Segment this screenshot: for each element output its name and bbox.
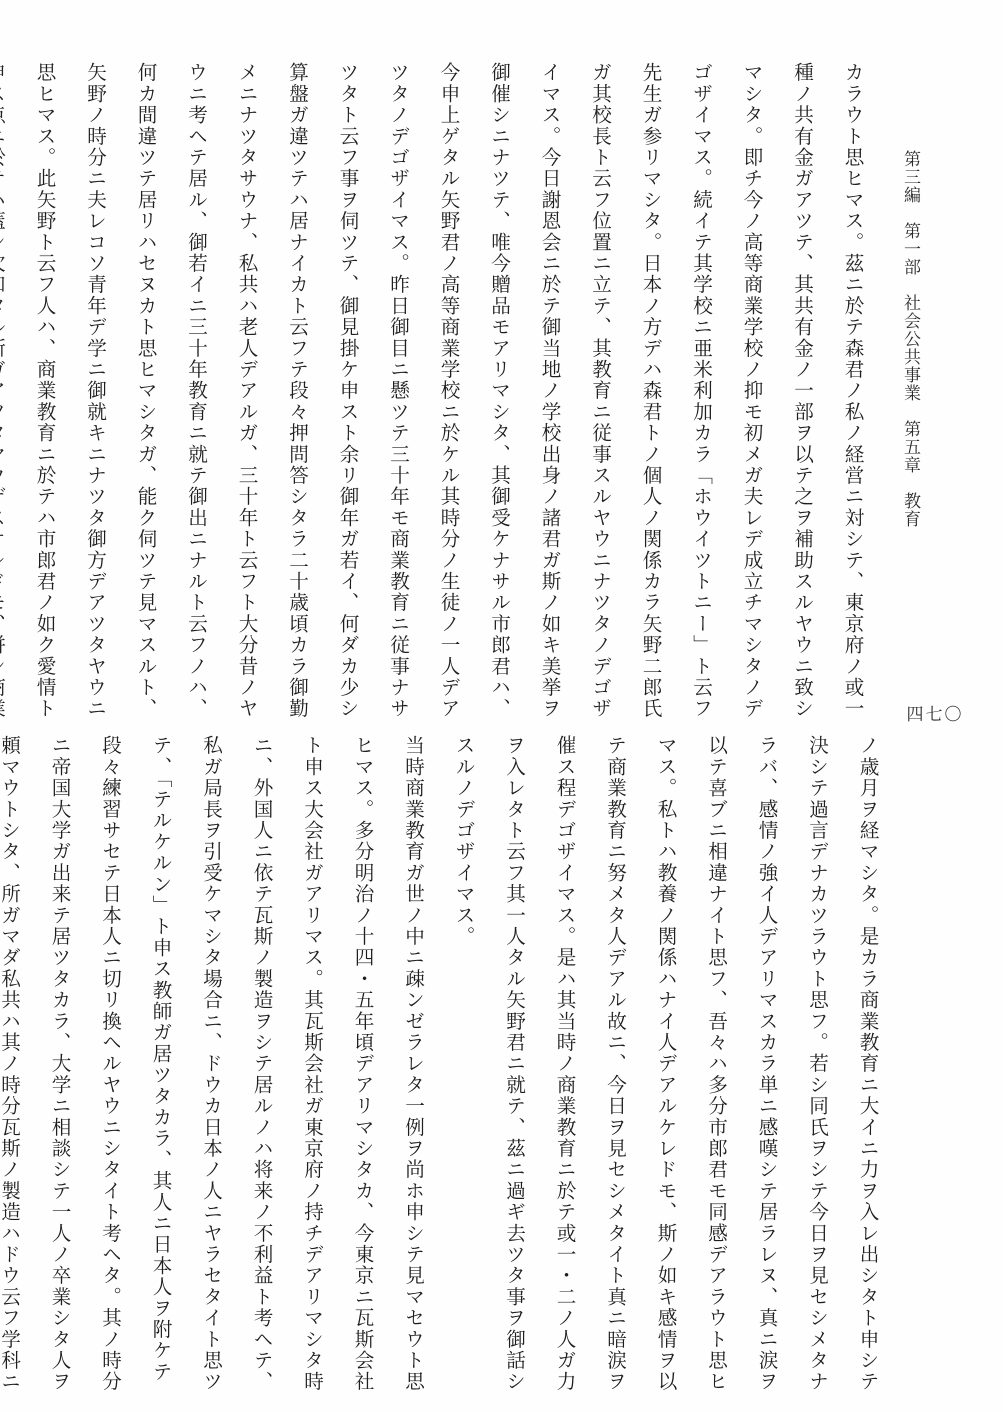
text-column: 私ガ局長ヲ引受ケマシタ場合ニ、ドウカ日本ノ人ニヤラセタイト思ツ bbox=[185, 735, 236, 1355]
text-column: ラバ、感情ノ強イ人デアリマスカラ単ニ感嘆シテ居ラレヌ、真ニ涙ヲ bbox=[741, 735, 792, 1355]
text-column: ツタノデゴザイマス。昨日御目ニ懸ツテ三十年モ商業教育ニ従事ナサ bbox=[372, 62, 423, 662]
header-chapter: 第五章 bbox=[900, 420, 920, 474]
text-column: 頼マウトシタ、所ガマダ私共ハ其ノ時分瓦斯ノ製造ハドウ云フ学科ニ bbox=[0, 735, 34, 1355]
header-part: 第三編 bbox=[900, 150, 920, 204]
text-column: マス。私トハ教養ノ関係ハナイ人デアルケレドモ、斯ノ如キ感情ヲ以 bbox=[640, 735, 691, 1355]
text-column: 以テ喜ブニ相違ナイト思フ、吾々ハ多分市郎君モ同感デアラウト思ヒ bbox=[690, 735, 741, 1355]
header-chapter-title: 教育 bbox=[900, 492, 920, 528]
text-column: 先生ガ参リマシタ。日本ノ方デハ森君トノ個人ノ関係カラ矢野二郎氏 bbox=[625, 62, 676, 662]
text-column: 何カ間違ツテ居リハセヌカト思ヒマシタガ、能ク伺ツテ見マスルト、 bbox=[120, 62, 171, 662]
text-column: カラウト思ヒマス。茲ニ於テ森君ノ私ノ経営ニ対シテ、東京府ノ或一 bbox=[827, 62, 878, 662]
header-section: 第一部 bbox=[900, 222, 920, 276]
text-column: 種ノ共有金ガアツテ、其共有金ノ一部ヲ以テ之ヲ補助スルヤウニ致シ bbox=[776, 62, 827, 662]
text-column: ヒマス。多分明治ノ十四・五年頃デアリマシタカ、今東京ニ瓦斯会社 bbox=[337, 735, 388, 1355]
text-column: ガ其校長ト云フ位置ニ立テ、其教育ニ従事スルヤウニナツタノデゴザ bbox=[574, 62, 625, 662]
header-section-title: 社会公共事業 bbox=[900, 294, 920, 402]
text-column: 今申上ゲタル矢野君ノ高等商業学校ニ於ケル其時分ノ生徒ノ一人デア bbox=[423, 62, 474, 662]
text-column: 思ヒマス。此矢野ト云フ人ハ、商業教育ニ於テハ市郎君ノ如ク愛情ト bbox=[19, 62, 70, 662]
text-column: ト申ス大会社ガアリマス。其瓦斯会社ガ東京府ノ持チデアリマシタ時 bbox=[286, 735, 337, 1355]
text-column: マシタ。即チ今ノ高等商業学校ノ抑モ初メガ夫レデ成立チマシタノデ bbox=[726, 62, 777, 662]
text-column: イマス。今日謝恩会ニ於テ御当地ノ学校出身ノ諸君ガ斯ノ如キ美挙ヲ bbox=[524, 62, 575, 662]
text-column: ツタト云フ事ヲ伺ツテ、御見掛ケ申スト余リ御年ガ若イ、何ダカ少シ bbox=[322, 62, 373, 662]
lower-text-block: ノ歳月ヲ経マシタ。是カラ商業教育ニ大イニ力ヲ入レ出シタト申シテ 決シテ過言デナカ… bbox=[62, 735, 892, 1355]
text-column: 御催シニナツテ、唯今贈品モアリマシタ、其御受ケナサル市郎君ハ、 bbox=[473, 62, 524, 662]
book-page: 第三編第一部社会公共事業第五章教育 四七〇 カラウト思ヒマス。茲ニ於テ森君ノ私ノ… bbox=[0, 0, 1003, 1412]
upper-text-block: カラウト思ヒマス。茲ニ於テ森君ノ私ノ経営ニ対シテ、東京府ノ或一 種ノ共有金ガアツ… bbox=[62, 62, 877, 662]
text-column: 当時商業教育ガ世ノ中ニ疎ンゼラレタ一例ヲ尚ホ申シテ見マセウト思 bbox=[387, 735, 438, 1355]
text-column: 催ス程デゴザイマス。是ハ其当時ノ商業教育ニ於テ或一・二ノ人ガ力 bbox=[539, 735, 590, 1355]
text-column: メニナツタサウナ、私共ハ老人デアルガ、三十年ト云フト大分昔ノヤ bbox=[221, 62, 272, 662]
text-column: 決シテ過言デナカツラウト思フ。若シ同氏ヲシテ今日ヲ見セシメタナ bbox=[791, 735, 842, 1355]
text-column: 段々練習サセテ日本人ニ切リ換ヘルヤウニシタイト考ヘタ。其ノ時分 bbox=[84, 735, 135, 1355]
text-column: ニ、外国人ニ依テ瓦斯ノ製造ヲシテ居ルノハ将来ノ不利益ト考ヘテ、 bbox=[236, 735, 287, 1355]
text-column: ノ歳月ヲ経マシタ。是カラ商業教育ニ大イニ力ヲ入レ出シタト申シテ bbox=[842, 735, 893, 1355]
page-number: 四七〇 bbox=[900, 700, 970, 730]
text-column: テ商業教育ニ努メタ人デアル故ニ、今日ヲ見セシメタイト真ニ暗涙ヲ bbox=[589, 735, 640, 1355]
text-column: 申ス点ニ於テハ蓋シ欠如タル所ガアツタヤウデスケレドモ、併シ商業 bbox=[0, 62, 19, 662]
text-column: 矢野ノ時分ニ夫レコソ青年デ学ニ御就キニナツタ御方デアツタヤウニ bbox=[69, 62, 120, 662]
running-header: 第三編第一部社会公共事業第五章教育 bbox=[895, 150, 925, 570]
text-column: テ、「テルケルン」ト申ス教師ガ居ツタカラ、其人ニ日本人ヲ附ケテ bbox=[135, 735, 186, 1355]
text-column: スルノデゴザイマス。 bbox=[438, 735, 489, 1355]
text-column: ゴザイマス。続イテ其学校ニ亜米利加カラ「ホウイツトニー」ト云フ bbox=[675, 62, 726, 662]
text-column: ウニ考ヘテ居ル、御若イニ三十年教育ニ就テ御出ニナルト云フノハ、 bbox=[170, 62, 221, 662]
text-column: ニ帝国大学ガ出来テ居ツタカラ、大学ニ相談シテ一人ノ卒業シタ人ヲ bbox=[34, 735, 85, 1355]
text-column: 算盤ガ違ツテハ居ナイカト云フテ段々押問答シタラ二十歳頃カラ御勤 bbox=[271, 62, 322, 662]
text-column: ヲ入レタト云フ其一人タル矢野君ニ就テ、茲ニ過ギ去ツタ事ヲ御話シ bbox=[488, 735, 539, 1355]
